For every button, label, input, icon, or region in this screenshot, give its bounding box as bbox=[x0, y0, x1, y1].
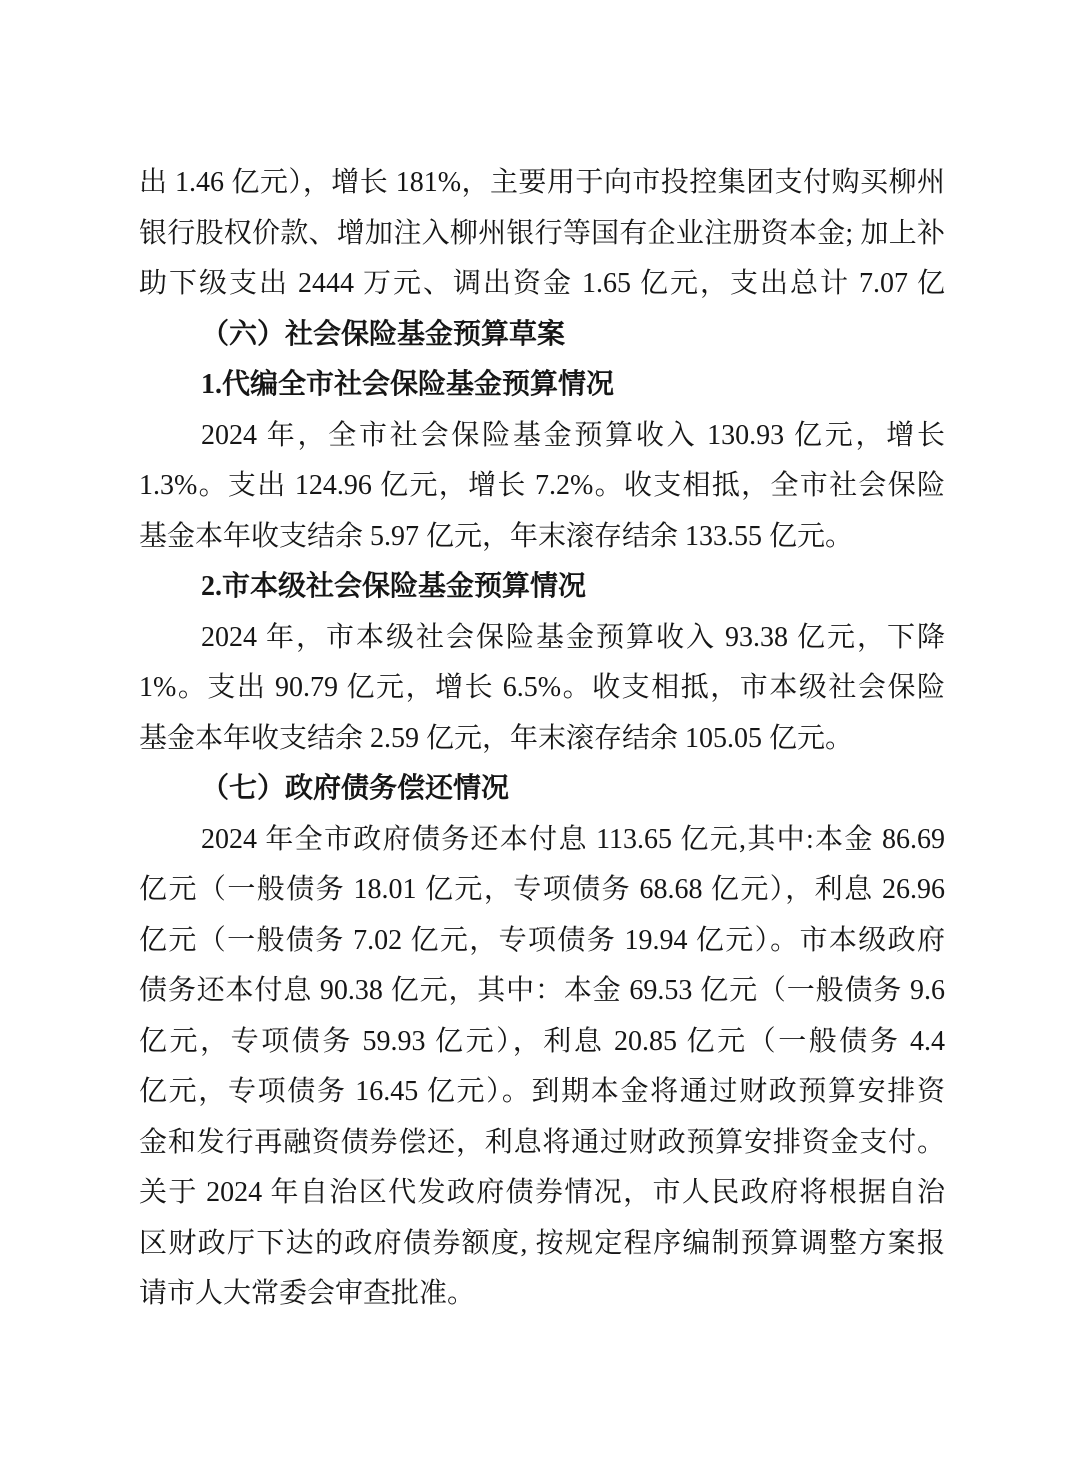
text-line: 亿元，专项债务 59.93 亿元），利息 20.85 亿元（一般债务 4.4 bbox=[139, 1017, 945, 1068]
text-line: 1%。支出 90.79 亿元，增长 6.5%。收支相抵，市本级社会保险 bbox=[139, 663, 945, 714]
text-line: 助下级支出 2444 万元、调出资金 1.65 亿元，支出总计 7.07 亿元。 bbox=[139, 259, 945, 310]
text-line: 金和发行再融资债券偿还，利息将通过财政预算安排资金支付。 bbox=[139, 1118, 945, 1169]
text-line: 亿元，专项债务 16.45 亿元）。到期本金将通过财政预算安排资 bbox=[139, 1067, 945, 1118]
heading-line: 1.代编全市社会保险基金预算情况 bbox=[139, 360, 945, 411]
document-page: 出 1.46 亿元），增长 181%，主要用于向市投控集团支付购买柳州银行股权价… bbox=[0, 0, 1074, 1484]
text-line: 基金本年收支结余 2.59 亿元，年末滚存结余 105.05 亿元。 bbox=[139, 714, 945, 765]
text-line: 2024 年，全市社会保险基金预算收入 130.93 亿元，增长 bbox=[139, 411, 945, 462]
text-line: 亿元（一般债务 7.02 亿元，专项债务 19.94 亿元）。市本级政府 bbox=[139, 916, 945, 967]
heading-line: 2.市本级社会保险基金预算情况 bbox=[139, 562, 945, 613]
text-line: 出 1.46 亿元），增长 181%，主要用于向市投控集团支付购买柳州 bbox=[139, 158, 945, 209]
text-line: 2024 年，市本级社会保险基金预算收入 93.38 亿元，下降 bbox=[139, 613, 945, 664]
text-line: 债务还本付息 90.38 亿元，其中：本金 69.53 亿元（一般债务 9.6 bbox=[139, 966, 945, 1017]
text-line: 1.3%。支出 124.96 亿元，增长 7.2%。收支相抵，全市社会保险 bbox=[139, 461, 945, 512]
text-line: 基金本年收支结余 5.97 亿元，年末滚存结余 133.55 亿元。 bbox=[139, 512, 945, 563]
heading-line: （六）社会保险基金预算草案 bbox=[139, 310, 945, 361]
text-line: 亿元（一般债务 18.01 亿元，专项债务 68.68 亿元），利息 26.96 bbox=[139, 865, 945, 916]
document-text-block: 出 1.46 亿元），增长 181%，主要用于向市投控集团支付购买柳州银行股权价… bbox=[139, 158, 945, 1320]
text-line: 银行股权价款、增加注入柳州银行等国有企业注册资本金; 加上补 bbox=[139, 209, 945, 260]
text-line: 2024 年全市政府债务还本付息 113.65 亿元,其中:本金 86.69 bbox=[139, 815, 945, 866]
text-line: 关于 2024 年自治区代发政府债券情况，市人民政府将根据自治 bbox=[139, 1168, 945, 1219]
text-line: 请市人大常委会审查批准。 bbox=[139, 1269, 945, 1320]
text-line: 区财政厅下达的政府债券额度, 按规定程序编制预算调整方案报 bbox=[139, 1219, 945, 1270]
heading-line: （七）政府债务偿还情况 bbox=[139, 764, 945, 815]
